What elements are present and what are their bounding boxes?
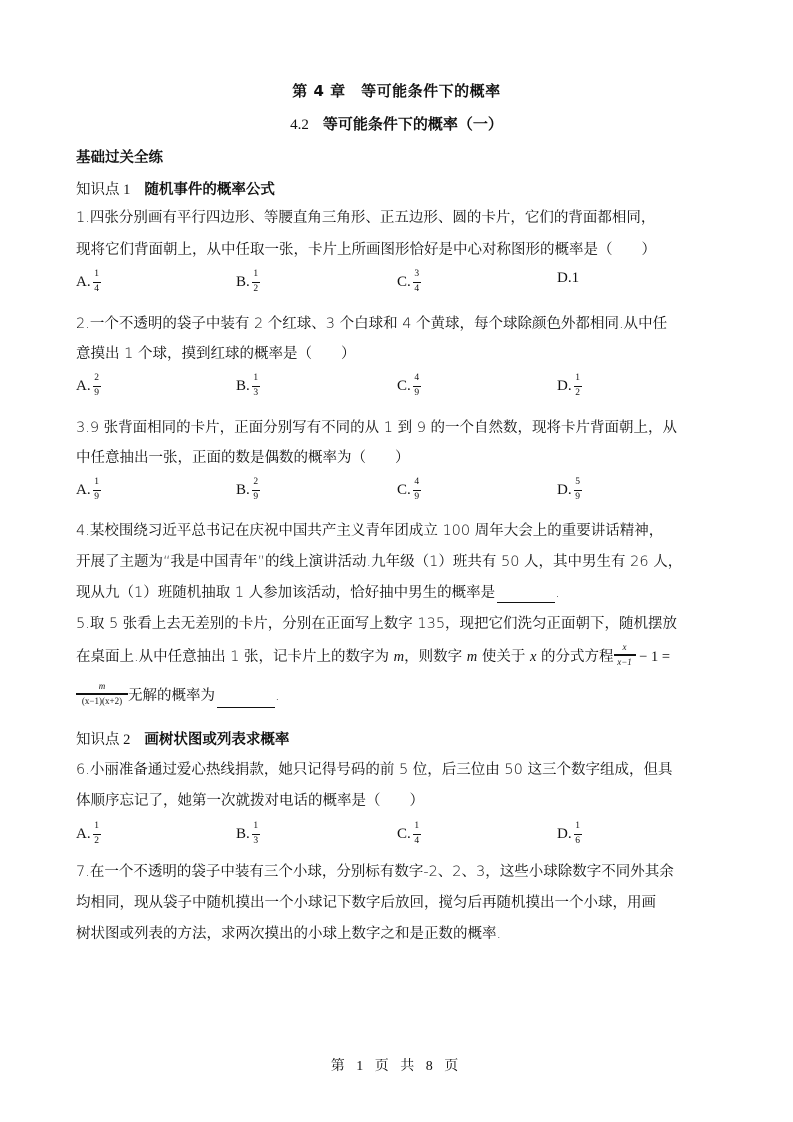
numerator: 1: [253, 270, 258, 280]
option-a: A.14: [76, 270, 101, 295]
page-footer: 第 1 页 共 8 页: [0, 1055, 793, 1075]
denominator: 9: [94, 493, 99, 503]
option-a: A.19: [76, 478, 101, 503]
fraction-bar: [614, 654, 636, 656]
fraction: 12: [252, 270, 260, 295]
option-label: C.: [397, 378, 411, 395]
question-4-line-1: 4.某校围绕习近平总书记在庆祝中国共产主义青年团成立 100 周年大会上的重要讲…: [76, 521, 716, 541]
question-7-line-3: 树状图或列表的方法，求两次摸出的小球上数字之和是正数的概率.: [76, 924, 716, 944]
numerator: 1: [414, 822, 419, 832]
denominator: 4: [94, 285, 99, 295]
numerator: 3: [414, 270, 419, 280]
question-6-line-2: 体顺序忘记了，她第一次就拨对电话的概率是（ ）: [76, 791, 716, 811]
fraction: 12: [574, 374, 582, 399]
period: .: [555, 585, 560, 601]
text: 在桌面上.从中任意抽出 1 张，记卡片上的数字为: [76, 649, 394, 665]
text: ，则数字: [404, 649, 467, 665]
numerator: 2: [253, 478, 258, 488]
variable-m: m: [467, 649, 477, 665]
question-2-line-1: 2.一个不透明的袋子中装有 2 个红球、3 个白球和 4 个黄球，每个球除颜色外…: [76, 314, 716, 334]
option-value: 1: [572, 270, 580, 287]
question-3-line-2: 中任意抽出一张，正面的数是偶数的概率为（ ）: [76, 448, 716, 468]
question-6-options: A.12 B.13 C.14 D.16: [76, 822, 716, 854]
option-label: D.: [557, 270, 572, 287]
numerator: 5: [575, 478, 580, 488]
option-d: D.1: [557, 270, 579, 287]
numerator: x: [623, 643, 627, 652]
fraction-bar: [252, 490, 260, 492]
question-7-line-2: 均相同，现从袋子中随机摸出一个小球记下数字后放回，搅匀后再随机摸出一个小球，用画: [76, 893, 716, 913]
text: 使关于: [477, 649, 530, 665]
question-3-line-1: 3.9 张背面相同的卡片，正面分别写有不同的从 1 到 9 的一个自然数，现将卡…: [76, 418, 716, 438]
option-b: B.12: [236, 270, 260, 295]
equation-fraction-2: m(x−1)(x+2): [76, 682, 128, 706]
denominator: 4: [414, 837, 419, 847]
option-label: A.: [76, 826, 91, 843]
option-label: C.: [397, 274, 411, 291]
question-4-line-3: 现从九（1）班随机抽取 1 人参加该活动，恰好抽中男生的概率是.: [76, 583, 716, 603]
denominator: (x−1)(x+2): [82, 697, 122, 706]
option-b: B.13: [236, 374, 260, 399]
option-label: A.: [76, 274, 91, 291]
fraction-bar: [252, 282, 260, 284]
denominator: 2: [94, 837, 99, 847]
fraction: 13: [252, 822, 260, 847]
numerator: 1: [253, 374, 258, 384]
numerator: 1: [575, 374, 580, 384]
option-b: B.29: [236, 478, 260, 503]
text: 无解的概率为: [128, 688, 215, 704]
option-label: D.: [557, 378, 572, 395]
option-c: C.49: [397, 374, 421, 399]
denominator: x−1: [617, 658, 632, 667]
option-label: C.: [397, 482, 411, 499]
numerator: 1: [253, 822, 258, 832]
question-6-line-1: 6.小丽准备通过爱心热线捐款，她只记得号码的前 5 位，后三位由 50 这三个数…: [76, 760, 716, 780]
fraction: 12: [93, 822, 101, 847]
fraction-bar: [413, 490, 421, 492]
fraction: 49: [413, 374, 421, 399]
fraction-bar: [93, 490, 101, 492]
option-a: A.12: [76, 822, 101, 847]
period: .: [275, 688, 280, 704]
option-label: A.: [76, 482, 91, 499]
fraction-bar: [252, 834, 260, 836]
question-4-line-2: 开展了主题为“我是中国青年”的线上演讲活动.九年级（1）班共有 50 人，其中男…: [76, 552, 716, 572]
fraction-bar: [93, 834, 101, 836]
option-d: D.59: [557, 478, 582, 503]
question-5-line-3: m(x−1)(x+2)无解的概率为.: [76, 684, 716, 708]
knowledge-point-title: 画树状图或列表求概率: [144, 732, 289, 748]
question-2-options: A.29 B.13 C.49 D.12: [76, 374, 716, 406]
knowledge-point-title: 随机事件的概率公式: [144, 182, 275, 198]
question-1-line-1: 1.四张分别画有平行四边形、等腰直角三角形、正五边形、圆的卡片，它们的背面都相同…: [76, 208, 716, 228]
fraction: 16: [574, 822, 582, 847]
denominator: 2: [253, 285, 258, 295]
question-5-line-2: 在桌面上.从中任意抽出 1 张，记卡片上的数字为 m，则数字 m 使关于 x 的…: [76, 645, 716, 669]
knowledge-point-label: 知识点 1: [76, 182, 130, 198]
fraction: 19: [93, 478, 101, 503]
option-c: C.14: [397, 822, 421, 847]
option-label: B.: [236, 482, 250, 499]
knowledge-point-2-heading: 知识点 2画树状图或列表求概率: [76, 728, 289, 749]
fraction: 49: [413, 478, 421, 503]
option-label: A.: [76, 378, 91, 395]
part-heading: 基础过关全练: [76, 146, 163, 167]
option-label: B.: [236, 378, 250, 395]
numerator: 1: [94, 478, 99, 488]
option-label: D.: [557, 482, 572, 499]
question-3-options: A.19 B.29 C.49 D.59: [76, 478, 716, 510]
denominator: 9: [414, 493, 419, 503]
denominator: 9: [253, 493, 258, 503]
option-a: A.29: [76, 374, 101, 399]
fraction-bar: [574, 834, 582, 836]
option-d: D.16: [557, 822, 582, 847]
question-1-options: A.14 B.12 C.34 D.1: [76, 270, 716, 302]
option-label: D.: [557, 826, 572, 843]
fraction-bar: [93, 282, 101, 284]
answer-blank[interactable]: [217, 693, 275, 708]
document-page: 第 4 章 等可能条件下的概率 4.2等可能条件下的概率（一） 基础过关全练 知…: [0, 0, 793, 1122]
fraction: 14: [93, 270, 101, 295]
fraction-bar: [252, 386, 260, 388]
knowledge-point-1-heading: 知识点 1随机事件的概率公式: [76, 178, 275, 199]
denominator: 9: [94, 389, 99, 399]
text: 的分式方程: [536, 649, 613, 665]
section-name: 等可能条件下的概率（一）: [323, 115, 503, 133]
fraction: 29: [252, 478, 260, 503]
fraction: 59: [574, 478, 582, 503]
fraction: 34: [413, 270, 421, 295]
option-c: C.34: [397, 270, 421, 295]
fraction-bar: [413, 834, 421, 836]
option-d: D.12: [557, 374, 582, 399]
numerator: 1: [94, 270, 99, 280]
fraction-bar: [93, 386, 101, 388]
denominator: 3: [253, 837, 258, 847]
fraction: 14: [413, 822, 421, 847]
fraction-bar: [413, 282, 421, 284]
question-2-line-2: 意摸出 1 个球，摸到红球的概率是（ ）: [76, 344, 716, 364]
fraction-bar: [574, 386, 582, 388]
fraction: 29: [93, 374, 101, 399]
fraction: 13: [252, 374, 260, 399]
denominator: 9: [575, 493, 580, 503]
answer-blank[interactable]: [497, 588, 555, 603]
question-5-line-1: 5.取 5 张看上去无差别的卡片，分别在正面写上数字 135，现把它们洗匀正面朝…: [76, 614, 716, 634]
option-label: C.: [397, 826, 411, 843]
numerator: 1: [94, 822, 99, 832]
denominator: 4: [414, 285, 419, 295]
numerator: m: [99, 682, 106, 691]
fraction-bar: [76, 693, 128, 695]
equation-fraction-1: xx−1: [614, 643, 636, 667]
section-number: 4.2: [290, 117, 309, 133]
knowledge-point-label: 知识点 2: [76, 732, 130, 748]
option-label: B.: [236, 826, 250, 843]
numerator: 4: [414, 478, 419, 488]
question-7-line-1: 7.在一个不透明的袋子中装有三个小球，分别标有数字-2、2、3，这些小球除数字不…: [76, 862, 716, 882]
section-title: 4.2等可能条件下的概率（一）: [0, 113, 793, 134]
numerator: 2: [94, 374, 99, 384]
denominator: 3: [253, 389, 258, 399]
option-label: B.: [236, 274, 250, 291]
question-4-line-3-text: 现从九（1）班随机抽取 1 人参加该活动，恰好抽中男生的概率是: [76, 585, 495, 601]
numerator: 1: [575, 822, 580, 832]
denominator: 9: [414, 389, 419, 399]
option-c: C.49: [397, 478, 421, 503]
denominator: 6: [575, 837, 580, 847]
question-1-line-2: 现将它们背面朝上，从中任取一张，卡片上所画图形恰好是中心对称图形的概率是（ ）: [76, 240, 716, 260]
equation-rest: − 1 =: [636, 649, 670, 665]
numerator: 4: [414, 374, 419, 384]
fraction-bar: [413, 386, 421, 388]
variable-m: m: [394, 649, 404, 665]
fraction-bar: [574, 490, 582, 492]
denominator: 2: [575, 389, 580, 399]
chapter-title: 第 4 章 等可能条件下的概率: [0, 80, 793, 101]
option-b: B.13: [236, 822, 260, 847]
